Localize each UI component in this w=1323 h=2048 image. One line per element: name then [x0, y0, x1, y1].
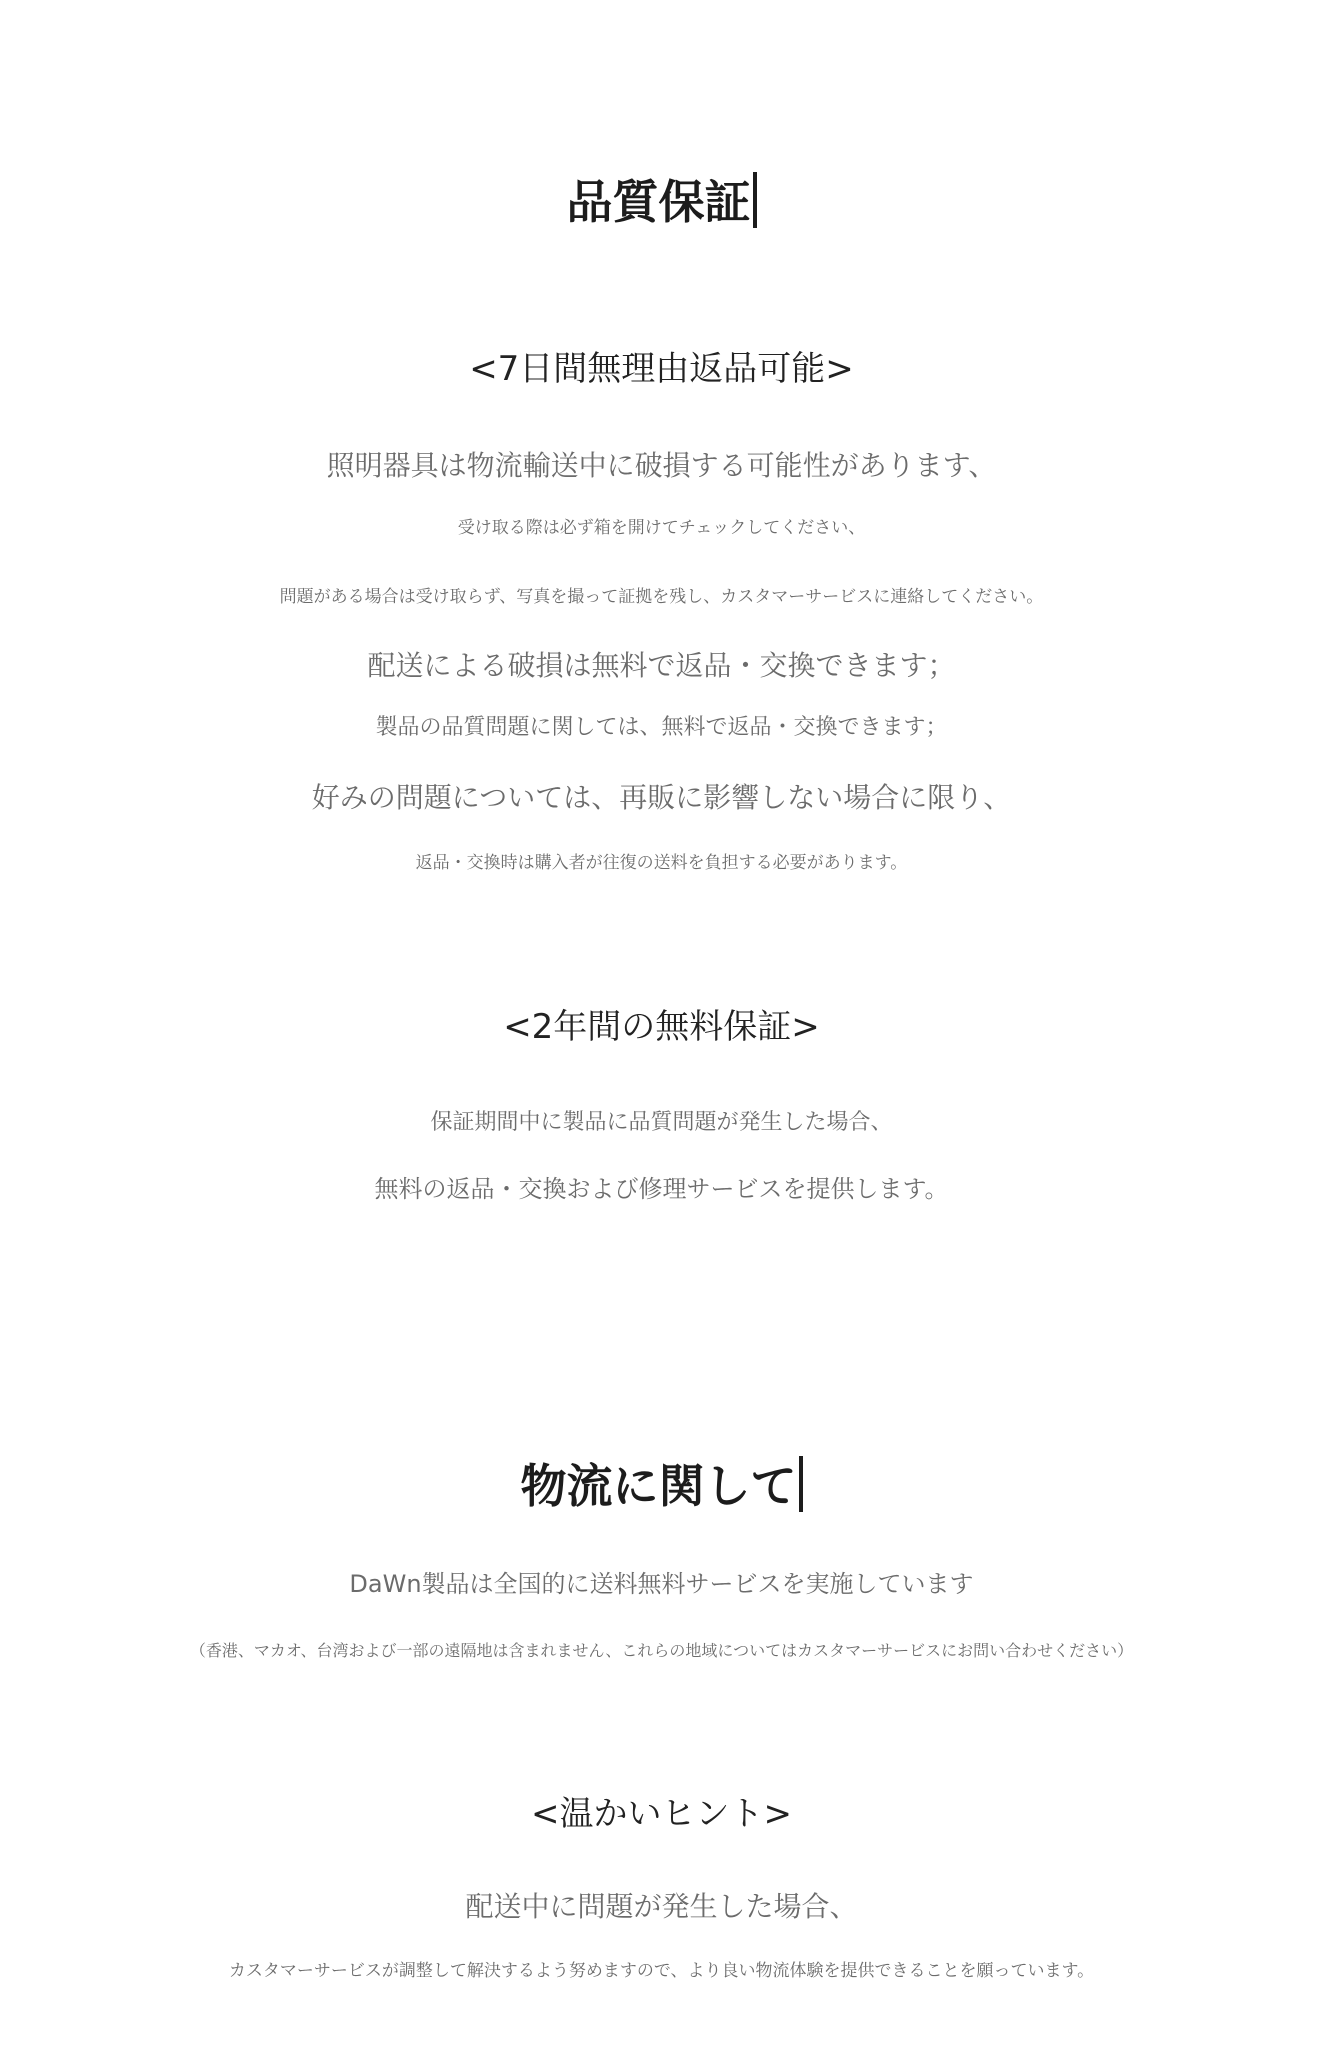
- warranty-heading: <2年間の無料保証>: [0, 1010, 1323, 1044]
- tips-line-2: カスタマーサービスが調整して解決するよう努めますので、より良い物流体験を提供でき…: [0, 1963, 1323, 1980]
- returns-line-7: 返品・交換時は購入者が往復の送料を負担する必要があります。: [0, 855, 1323, 872]
- logistics-title-text: 物流に関して: [521, 1459, 797, 1513]
- returns-heading: <7日間無理由返品可能>: [0, 352, 1323, 386]
- warranty-line-2: 無料の返品・交換および修理サービスを提供します。: [0, 1177, 1323, 1201]
- returns-line-1: 照明器具は物流輸送中に破損する可能性があります、: [0, 452, 1323, 480]
- title-bar-accent: [753, 172, 757, 228]
- tips-line-1: 配送中に問題が発生した場合、: [0, 1893, 1323, 1921]
- title-bar-accent: [799, 1456, 803, 1512]
- logistics-line-1: DaWn製品は全国的に送料無料サービスを実施しています: [0, 1572, 1323, 1596]
- quality-title-text: 品質保証: [567, 175, 751, 229]
- logistics-title: 物流に関して: [0, 1456, 1323, 1512]
- tips-heading: <温かいヒント>: [0, 1797, 1323, 1831]
- returns-line-5: 製品の品質問題に関しては、無料で返品・交換できます；: [0, 717, 1323, 739]
- returns-line-6: 好みの問題については、再販に影響しない場合に限り、: [0, 784, 1323, 812]
- returns-line-4: 配送による破損は無料で返品・交換できます；: [0, 652, 1323, 680]
- warranty-line-1: 保証期間中に製品に品質問題が発生した場合、: [0, 1112, 1323, 1134]
- returns-line-3: 問題がある場合は受け取らず、写真を撮って証拠を残し、カスタマーサービスに連絡して…: [0, 589, 1323, 606]
- logistics-line-2: （香港、マカオ、台湾および一部の遠隔地は含まれません、これらの地域についてはカス…: [0, 1643, 1323, 1659]
- quality-title: 品質保証: [0, 172, 1323, 228]
- returns-line-2: 受け取る際は必ず箱を開けてチェックしてください、: [0, 520, 1323, 537]
